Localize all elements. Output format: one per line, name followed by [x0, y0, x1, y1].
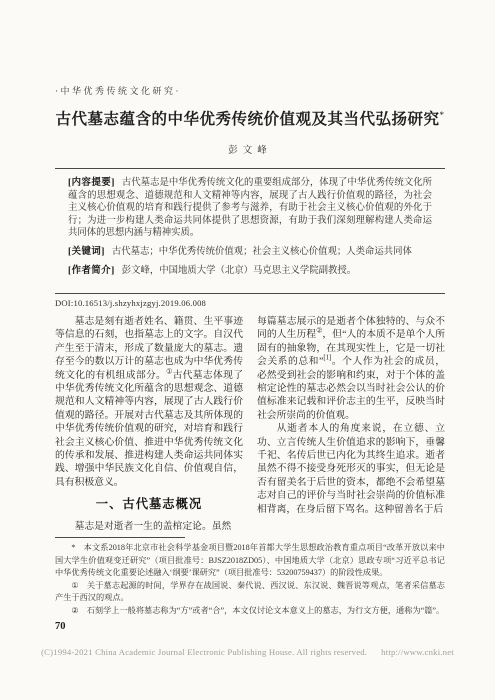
- article-body: 墓志是刻有逝者姓名、籍贯、生平事迹等信息的石刻，也指墓志上的文字。自汉代产生至于…: [55, 315, 445, 533]
- section-heading: 一、古代墓志概况: [55, 498, 243, 511]
- paragraph-text: 古代墓志体现了中华优秀传统文化所蕴含的思想观念、道德规范和人文精神等内容，展现了…: [55, 370, 243, 488]
- paragraph-right-2: 从逝者本人的角度来说，在立德、立功、立言传统人生价值追求的影响下，垂馨千祀、名传…: [257, 422, 445, 516]
- footnote-text: 本文系2018年北京市社会科学基金项目暨2018年首都大学生思想政治教育重点项目…: [55, 543, 445, 577]
- abstract: [内容提要]古代墓志是中华优秀传统文化的重要组成部分，体现了中华优秀传统文化所蕴…: [68, 177, 432, 240]
- copyright-footer: (C)1994-2021 China Academic Journal Elec…: [0, 647, 495, 657]
- footnote-item: ①关于墓志起源的时间，学界存在战国说、秦代说、西汉说、东汉说、魏晋说等观点，笔者…: [55, 580, 445, 605]
- keywords-label: [关键词]: [68, 247, 105, 257]
- copyright-text: (C)1994-2021 China Academic Journal Elec…: [41, 647, 367, 657]
- article-title: 古代墓志蕴含的中华优秀传统价值观及其当代弘扬研究*: [55, 107, 445, 129]
- abstract-text: 古代墓志是中华优秀传统文化的重要组成部分，体现了中华优秀传统文化所蕴含的思想观念…: [68, 178, 432, 238]
- abstract-label: [内容提要]: [68, 178, 115, 188]
- title-footnote-mark: *: [440, 110, 445, 120]
- footnote-item: ②石刻学上一般将墓志称为“方”或者“合”，本文仅讨论文本意义上的墓志，为行文方便…: [55, 605, 445, 618]
- footnote-text: 石刻学上一般将墓志称为“方”或者“合”，本文仅讨论文本意义上的墓志，为行文方便，…: [87, 606, 445, 615]
- footnote-mark: ①: [71, 581, 78, 590]
- footnote-divider: [55, 537, 185, 538]
- page-number: 70: [55, 621, 66, 632]
- article-title-text: 古代墓志蕴含的中华优秀传统价值观及其当代弘扬研究: [55, 111, 439, 128]
- paragraph-left-1: 墓志是刻有逝者姓名、籍贯、生平事迹等信息的石刻，也指墓志上的文字。自汉代产生至于…: [55, 315, 243, 489]
- keywords: [关键词]古代墓志；中华优秀传统价值观；社会主义核心价值观；人类命运共同体: [68, 246, 432, 259]
- footnote-mark: ②: [71, 606, 78, 615]
- footnote-item: *本文系2018年北京市社会科学基金项目暨2018年首都大学生思想政治教育重点项…: [55, 542, 445, 580]
- doi-line: DOI:10.16513/j.shzyhxjzgyj.2019.06.008: [55, 298, 206, 308]
- right-column: 每篇墓志展示的是逝者个体独特的、与众不同的人生历程②，但“人的本质不是单个人所固…: [257, 315, 445, 533]
- paragraph-left-2: 墓志是对逝者一生的盖棺定论。虽然: [55, 520, 243, 533]
- category-header: ·中华优秀传统文化研究·: [55, 84, 181, 97]
- cnki-url: http://www.cnki.net: [381, 647, 454, 657]
- author-name: 彭文峰: [55, 142, 445, 156]
- left-column: 墓志是刻有逝者姓名、籍贯、生平事迹等信息的石刻，也指墓志上的文字。自汉代产生至于…: [55, 315, 243, 533]
- paragraph-right-1: 每篇墓志展示的是逝者个体独特的、与众不同的人生历程②，但“人的本质不是单个人所固…: [257, 315, 445, 422]
- keywords-text: 古代墓志；中华优秀传统价值观；社会主义核心价值观；人类命运共同体: [112, 247, 412, 257]
- footnote-text: 关于墓志起源的时间，学界存在战国说、秦代说、西汉说、东汉说、魏晋说等观点，笔者采…: [55, 581, 445, 603]
- bio-text: 彭文峰，中国地质大学（北京）马克思主义学院副教授。: [122, 266, 356, 276]
- bio-label: [作者简介]: [68, 266, 115, 276]
- author-bio: [作者简介]彭文峰，中国地质大学（北京）马克思主义学院副教授。: [68, 265, 432, 278]
- footnotes: *本文系2018年北京市社会科学基金项目暨2018年首都大学生思想政治教育重点项…: [55, 542, 445, 617]
- front-matter-box: [内容提要]古代墓志是中华优秀传统文化的重要组成部分，体现了中华优秀传统文化所蕴…: [55, 168, 445, 294]
- footnote-mark: *: [71, 543, 75, 552]
